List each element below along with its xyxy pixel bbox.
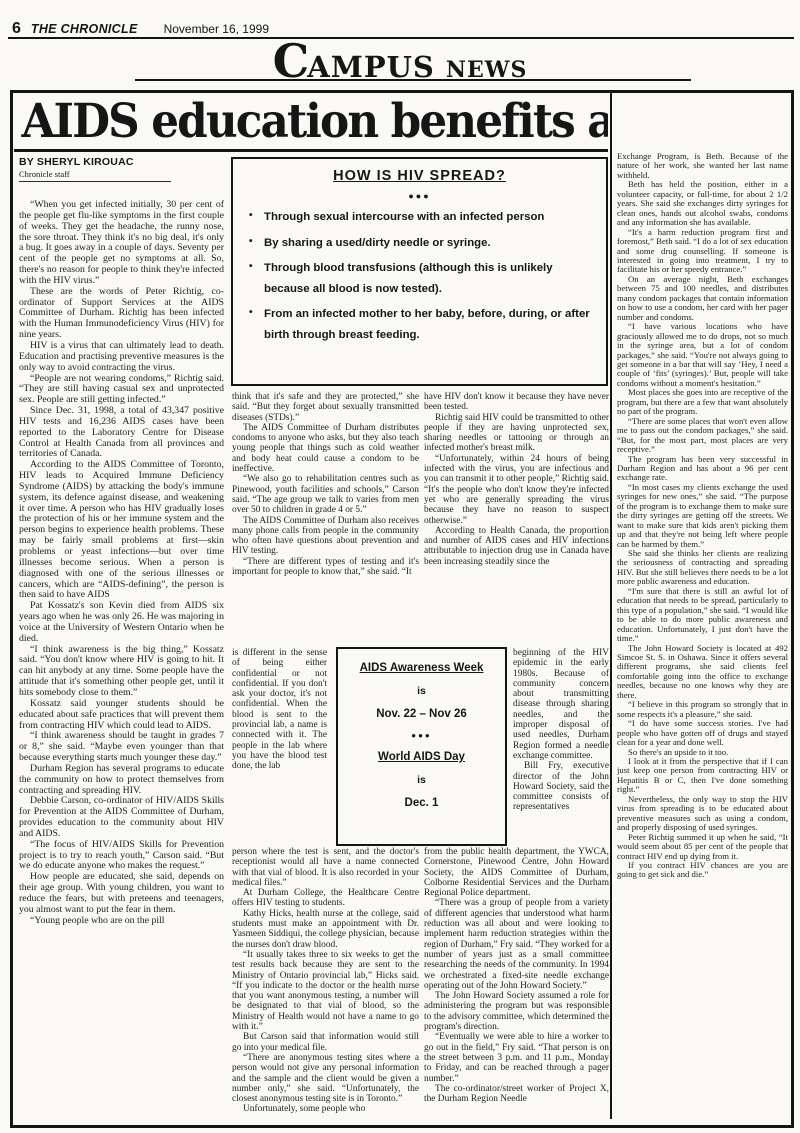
column2-bottom-zone: person where the test is sent, and the d…	[232, 847, 419, 1114]
article-paragraph: According to the AIDS Committee of Toron…	[19, 460, 224, 601]
article-paragraph: “There are some places that won't even a…	[617, 417, 788, 455]
article-paragraph: At Durham College, the Healthcare Centre…	[232, 888, 419, 909]
article-paragraph: “Unfortunately, within 24 hours of being…	[424, 454, 609, 526]
newspaper-page: 6 THE CHRONICLE November 16, 1999 CAMPUS…	[0, 0, 800, 1133]
article-column-2: think that it's safe and they are protec…	[232, 392, 419, 1114]
article-paragraph: Kathy Hicks, health nurse at the college…	[232, 909, 419, 950]
article-paragraph: from the public health department, the Y…	[424, 847, 609, 898]
article-paragraph: think that it's safe and they are protec…	[232, 392, 419, 423]
article-paragraph: “I do have some success stories. I've ha…	[617, 719, 788, 747]
article-paragraph: According to Health Canada, the proporti…	[424, 526, 609, 567]
article-paragraph: “People are not wearing condoms,” Richti…	[19, 374, 224, 407]
article-paragraph: How people are educated, she said, depen…	[19, 872, 224, 915]
bullet-icon: •	[249, 258, 264, 299]
byline-author: BY SHERYL KIROUAC	[19, 156, 171, 168]
article-paragraph: Unfortunately, some people who	[232, 1104, 419, 1114]
article-column-4: Exchange Program, is Beth. Because of th…	[617, 152, 788, 1116]
bullet-text: Through blood transfusions (although thi…	[264, 258, 590, 299]
article-paragraph: But Carson said that information would s…	[232, 1032, 419, 1053]
headline-text: AIDS education benefits all	[14, 94, 608, 149]
ornament-dots: ●●●	[249, 191, 590, 201]
page-header: 6 THE CHRONICLE November 16, 1999	[12, 20, 782, 38]
article-paragraph: “I have various locations who have graci…	[617, 322, 788, 388]
hiv-spread-infobox: HOW IS HIV SPREAD? ●●● •Through sexual i…	[231, 157, 608, 386]
article-paragraph: Richtig said HIV could be transmitted to…	[424, 413, 609, 454]
bullet-text: Through sexual intercourse with an infec…	[264, 207, 590, 228]
hiv-bullet-item: •Through blood transfusions (although th…	[249, 258, 590, 299]
article-paragraph: I look at it from the perspective that i…	[617, 757, 788, 795]
article-paragraph: Kossatz said younger students should be …	[19, 699, 224, 732]
article-paragraph: “Eventually we were able to hire a worke…	[424, 1032, 609, 1083]
article-paragraph: Since Dec. 31, 1998, a total of 43,347 p…	[19, 406, 224, 460]
article-paragraph: “I think awareness is the big thing,” Ko…	[19, 645, 224, 699]
article-paragraph: “It's a harm reduction program first and…	[617, 228, 788, 275]
article-paragraph: The AIDS Committee of Durham also receiv…	[232, 516, 419, 557]
article-paragraph: “The focus of HIV/AIDS Skills for Preven…	[19, 840, 224, 873]
section-banner: CAMPUSNEWS	[0, 38, 800, 84]
article-paragraph: Peter Richtig summed it up when he said,…	[617, 833, 788, 861]
article-paragraph: “We also go to rehabilitation centres su…	[232, 474, 419, 515]
article-paragraph: HIV is a virus that can ultimately lead …	[19, 341, 224, 374]
article-paragraph: The John Howard Society assumed a role f…	[424, 991, 609, 1032]
column2-wrap-zone: is different in the sense of being eithe…	[232, 648, 327, 847]
article-paragraph: The co-ordinator/street worker of Projec…	[424, 1084, 609, 1105]
article-paragraph: These are the words of Peter Richtig, co…	[19, 287, 224, 341]
column-divider-rule	[610, 93, 612, 1119]
article-paragraph: “There was a group of people from a vari…	[424, 898, 609, 991]
article-paragraph: She said she thinks her clients are real…	[617, 549, 788, 587]
article-paragraph: The program has been very successful in …	[617, 455, 788, 483]
column2-top-zone: think that it's safe and they are protec…	[232, 392, 419, 648]
issue-date: November 16, 1999	[164, 22, 269, 36]
article-paragraph: “There are different types of testing an…	[232, 557, 419, 578]
article-column-3: have HIV don't know it because they have…	[424, 392, 609, 1114]
article-paragraph: “I'm sure that there is still an awful l…	[617, 587, 788, 644]
article-paragraph: The John Howard Society is located at 49…	[617, 644, 788, 701]
hiv-bullet-item: •By sharing a used/dirty needle or syrin…	[249, 233, 590, 254]
headline: AIDS education benefits all	[14, 93, 608, 152]
article-paragraph: On an average night, Beth exchanges betw…	[617, 275, 788, 322]
article-paragraph: “Young people who are on the pill	[19, 916, 224, 927]
publication-name: THE CHRONICLE	[31, 22, 138, 36]
article-paragraph: “I think awareness should be taught in g…	[19, 731, 224, 764]
column3-wrap-zone: beginning of the HIV epidemic in the ear…	[513, 648, 609, 847]
bullet-text: From an infected mother to her baby, bef…	[264, 304, 590, 345]
article-column-1: “When you get infected initially, 30 per…	[19, 200, 224, 1112]
page-number: 6	[12, 20, 21, 38]
article-paragraph: “There are anonymous testing sites where…	[232, 1053, 419, 1104]
article-paragraph: Nevertheless, the only way to stop the H…	[617, 795, 788, 833]
article-paragraph: Pat Kossatz's son Kevin died from AIDS s…	[19, 601, 224, 644]
article-paragraph: If you contract HIV chances are you are …	[617, 861, 788, 880]
article-paragraph: Bill Fry, executive director of the John…	[513, 761, 609, 812]
bullet-icon: •	[249, 233, 264, 254]
article-paragraph: “When you get infected initially, 30 per…	[19, 200, 224, 287]
byline: BY SHERYL KIROUAC Chronicle staff	[19, 156, 171, 182]
article-paragraph: beginning of the HIV epidemic in the ear…	[513, 648, 609, 761]
article-paragraph: “It usually takes three to six weeks to …	[232, 950, 419, 1032]
article-paragraph: The AIDS Committee of Durham distributes…	[232, 423, 419, 474]
article-paragraph: Exchange Program, is Beth. Because of th…	[617, 152, 788, 180]
column3-top-zone: have HIV don't know it because they have…	[424, 392, 609, 648]
byline-role: Chronicle staff	[19, 169, 171, 182]
article-paragraph: Debbie Carson, co-ordinator of HIV/AIDS …	[19, 796, 224, 839]
article-paragraph: Beth has held the position, either in a …	[617, 180, 788, 227]
article-paragraph: “I believe in this program so strongly t…	[617, 700, 788, 719]
hiv-bullet-item: •From an infected mother to her baby, be…	[249, 304, 590, 345]
article-paragraph: is different in the sense of being eithe…	[232, 648, 327, 772]
hiv-bullet-item: •Through sexual intercourse with an infe…	[249, 207, 590, 228]
banner-rule	[135, 79, 691, 81]
bullet-text: By sharing a used/dirty needle or syring…	[264, 233, 590, 254]
article-paragraph: Most places she goes into are receptive …	[617, 388, 788, 416]
infobox-title: HOW IS HIV SPREAD?	[249, 168, 590, 184]
bullet-icon: •	[249, 207, 264, 228]
article-paragraph: “In most cases my clients exchange the u…	[617, 483, 788, 549]
article-paragraph: have HIV don't know it because they have…	[424, 392, 609, 413]
article-paragraph: person where the test is sent, and the d…	[232, 847, 419, 888]
hiv-bullet-list: •Through sexual intercourse with an infe…	[249, 207, 590, 345]
article-paragraph: Durham Region has several programs to ed…	[19, 764, 224, 797]
bullet-icon: •	[249, 304, 264, 345]
column3-bottom-zone: from the public health department, the Y…	[424, 847, 609, 1104]
